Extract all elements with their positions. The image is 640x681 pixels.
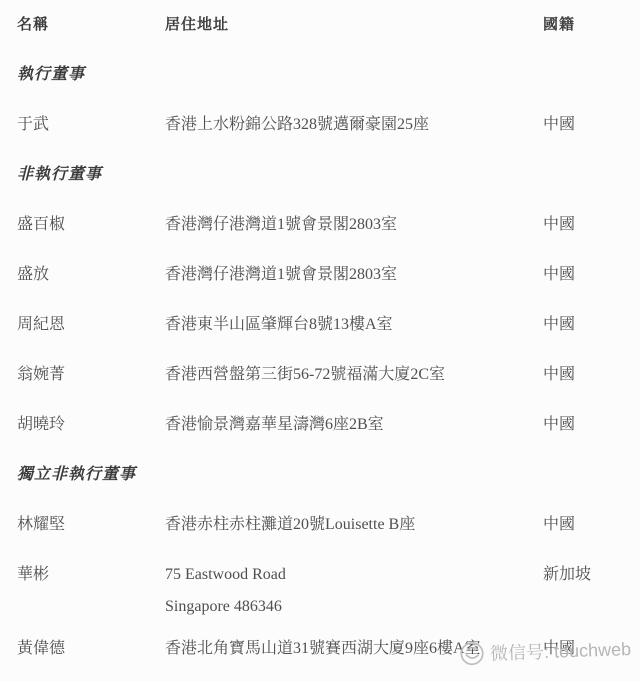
director-name: 盛放: [17, 266, 165, 284]
director-address: 香港上水粉錦公路328號邁爾豪園25座: [165, 116, 543, 134]
director-name: 黃偉德: [17, 640, 165, 658]
director-row: 周紀恩 香港東半山區肇輝台8號13樓A室 中國: [0, 316, 640, 334]
director-row: 翁婉菁 香港西營盤第三街56-72號福滿大廈2C室 中國: [0, 366, 640, 384]
director-name: 林耀堅: [17, 516, 165, 534]
address-line: Singapore 486346: [165, 598, 543, 616]
address-line: 香港北角寶馬山道31號賽西湖大廈9座6樓A室: [165, 640, 543, 658]
director-name: 于武: [17, 116, 165, 134]
director-address: 香港西營盤第三街56-72號福滿大廈2C室: [165, 366, 543, 384]
address-line: 香港西營盤第三街56-72號福滿大廈2C室: [165, 366, 543, 384]
address-line: 香港灣仔港灣道1號會景閣2803室: [165, 266, 543, 284]
directors-list-page: 名稱 居住地址 國籍 執行董事 于武 香港上水粉錦公路328號邁爾豪園25座 中…: [0, 0, 640, 681]
director-name: 胡曉玲: [17, 416, 165, 434]
director-row: 盛放 香港灣仔港灣道1號會景閣2803室 中國: [0, 266, 640, 284]
director-row: 華彬 75 Eastwood Road Singapore 486346 新加坡: [0, 566, 640, 616]
director-address: 香港愉景灣嘉華星濤灣6座2B室: [165, 416, 543, 434]
director-name: 周紀恩: [17, 316, 165, 334]
column-header-name: 名稱: [17, 16, 165, 34]
column-header-address: 居住地址: [165, 16, 543, 34]
table-header: 名稱 居住地址 國籍: [0, 16, 640, 34]
director-nationality: 中國: [543, 416, 640, 434]
director-nationality: 中國: [543, 516, 640, 534]
address-line: 香港赤柱赤柱灘道20號Louisette B座: [165, 516, 543, 534]
director-row: 盛百椒 香港灣仔港灣道1號會景閣2803室 中國: [0, 216, 640, 234]
address-line: 香港愉景灣嘉華星濤灣6座2B室: [165, 416, 543, 434]
director-row: 于武 香港上水粉錦公路328號邁爾豪園25座 中國: [0, 116, 640, 134]
address-line: 香港東半山區肇輝台8號13樓A室: [165, 316, 543, 334]
director-name: 華彬: [17, 566, 165, 616]
director-nationality: 中國: [543, 316, 640, 334]
director-row: 林耀堅 香港赤柱赤柱灘道20號Louisette B座 中國: [0, 516, 640, 534]
director-address: 香港灣仔港灣道1號會景閣2803室: [165, 216, 543, 234]
director-nationality: 中國: [543, 640, 640, 658]
director-address: 香港北角寶馬山道31號賽西湖大廈9座6樓A室: [165, 640, 543, 658]
address-line: 香港上水粉錦公路328號邁爾豪園25座: [165, 116, 543, 134]
director-name: 翁婉菁: [17, 366, 165, 384]
section-title-independent-non-executive-directors: 獨立非執行董事: [0, 466, 640, 484]
director-nationality: 中國: [543, 216, 640, 234]
section-title-non-executive-directors: 非執行董事: [0, 166, 640, 184]
director-nationality: 中國: [543, 116, 640, 134]
director-address: 香港赤柱赤柱灘道20號Louisette B座: [165, 516, 543, 534]
director-row: 胡曉玲 香港愉景灣嘉華星濤灣6座2B室 中國: [0, 416, 640, 434]
column-header-nationality: 國籍: [543, 16, 640, 34]
director-nationality: 新加坡: [543, 566, 640, 616]
director-nationality: 中國: [543, 366, 640, 384]
address-line: 75 Eastwood Road: [165, 566, 543, 584]
director-address: 75 Eastwood Road Singapore 486346: [165, 566, 543, 616]
director-name: 盛百椒: [17, 216, 165, 234]
director-nationality: 中國: [543, 266, 640, 284]
director-address: 香港東半山區肇輝台8號13樓A室: [165, 316, 543, 334]
director-address: 香港灣仔港灣道1號會景閣2803室: [165, 266, 543, 284]
address-line: 香港灣仔港灣道1號會景閣2803室: [165, 216, 543, 234]
director-row: 黃偉德 香港北角寶馬山道31號賽西湖大廈9座6樓A室 中國: [0, 640, 640, 658]
section-title-executive-directors: 執行董事: [0, 66, 640, 84]
